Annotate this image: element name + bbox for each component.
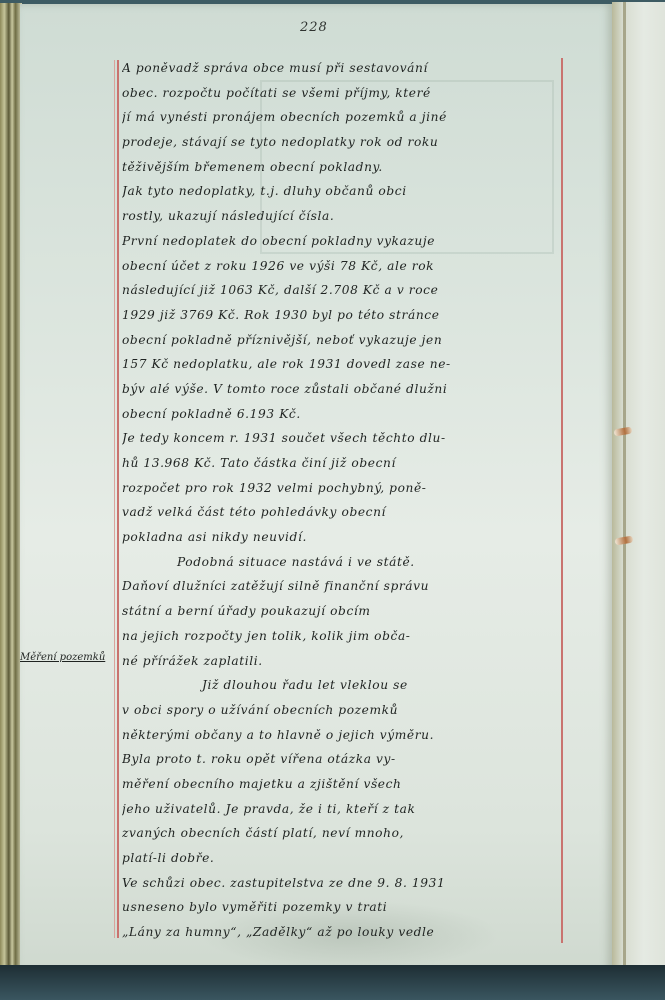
text-line: hů 13.968 Kč. Tato částka činí již obecn… bbox=[122, 451, 558, 476]
page-number: 228 bbox=[300, 20, 328, 35]
text-line: Daňoví dlužníci zatěžují silně finanční … bbox=[122, 574, 558, 599]
text-line: prodeje, stávají se tyto nedoplatky rok … bbox=[122, 130, 558, 155]
text-line: vadž velká část této pohledávky obecní bbox=[122, 500, 558, 525]
text-line: rostly, ukazují následující čísla. bbox=[122, 204, 558, 229]
text-line: obecní pokladně příznivější, neboť vykaz… bbox=[122, 328, 558, 353]
book-spine-left bbox=[0, 3, 22, 973]
text-line: některými občany a to hlavně o jejich vý… bbox=[122, 723, 558, 748]
margin-rule-left bbox=[117, 60, 119, 938]
text-line: A poněvadž správa obce musí při sestavov… bbox=[122, 56, 558, 81]
binding-fold bbox=[623, 2, 626, 972]
handwritten-text-block: A poněvadž správa obce musí při sestavov… bbox=[122, 56, 558, 945]
margin-rule-left-inner bbox=[114, 60, 115, 938]
text-line: býv alé výše. V tomto roce zůstali občan… bbox=[122, 377, 558, 402]
next-page-edge bbox=[612, 2, 665, 972]
margin-rule-right bbox=[561, 58, 563, 943]
text-line: platí-li dobře. bbox=[122, 846, 558, 871]
text-line: né přírážek zaplatili. bbox=[122, 649, 558, 674]
text-line: Podobná situace nastává i ve státě. bbox=[122, 550, 558, 575]
text-line: 157 Kč nedoplatku, ale rok 1931 dovedl z… bbox=[122, 352, 558, 377]
text-line: měření obecního majetku a zjištění všech bbox=[122, 772, 558, 797]
background-bottom bbox=[0, 965, 665, 1000]
text-line: v obci spory o užívání obecních pozemků bbox=[122, 698, 558, 723]
text-line: státní a berní úřady poukazují obcím bbox=[122, 599, 558, 624]
text-line: zvaných obecních částí platí, neví mnoho… bbox=[122, 821, 558, 846]
text-line: obec. rozpočtu počítati se všemi příjmy,… bbox=[122, 81, 558, 106]
text-line: rozpočet pro rok 1932 velmi pochybný, po… bbox=[122, 476, 558, 501]
text-line: na jejich rozpočty jen tolik, kolik jim … bbox=[122, 624, 558, 649]
text-line: Ve schůzi obec. zastupitelstva ze dne 9.… bbox=[122, 871, 558, 896]
text-line: těživějším břemenem obecní pokladny. bbox=[122, 155, 558, 180]
text-line: obecní účet z roku 1926 ve výši 78 Kč, a… bbox=[122, 254, 558, 279]
text-line: obecní pokladně 6.193 Kč. bbox=[122, 402, 558, 427]
text-line: Je tedy koncem r. 1931 součet všech těch… bbox=[122, 426, 558, 451]
margin-note: Měření pozemků bbox=[20, 652, 115, 663]
text-line: Byla proto t. roku opět vířena otázka vy… bbox=[122, 747, 558, 772]
text-line: jí má vynésti pronájem obecních pozemků … bbox=[122, 105, 558, 130]
text-line: usneseno bylo vyměřiti pozemky v trati bbox=[122, 895, 558, 920]
text-line: 1929 již 3769 Kč. Rok 1930 byl po této s… bbox=[122, 303, 558, 328]
text-line: Již dlouhou řadu let vleklou se bbox=[122, 673, 558, 698]
text-line: jeho uživatelů. Je pravda, že i ti, kteř… bbox=[122, 797, 558, 822]
text-line: pokladna asi nikdy neuvidí. bbox=[122, 525, 558, 550]
text-line: První nedoplatek do obecní pokladny vyka… bbox=[122, 229, 558, 254]
text-line: Jak tyto nedoplatky, t.j. dluhy občanů o… bbox=[122, 179, 558, 204]
text-line: „Lány za humny“, „Zadělky“ až po louky v… bbox=[122, 920, 558, 945]
text-line: následující již 1063 Kč, další 2.708 Kč … bbox=[122, 278, 558, 303]
